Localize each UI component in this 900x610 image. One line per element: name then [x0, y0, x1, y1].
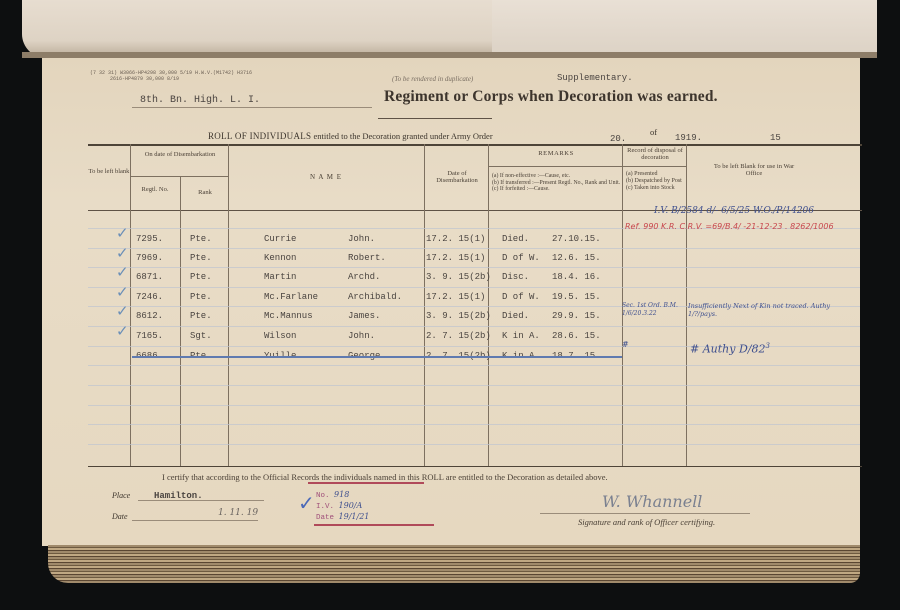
annotation-mcmannus-disposal: Sec. 1st Ord. B.M. 1/6/20.3.22 — [622, 302, 684, 318]
rank: Sgt. — [190, 331, 212, 341]
header-regtl-no: Regtl. No. — [132, 186, 178, 193]
stamp-no-label: No. — [316, 492, 330, 500]
forename: James. — [348, 311, 380, 321]
of-label: of — [650, 127, 657, 137]
disembarked: 3. 9. 15(2b) — [426, 272, 491, 282]
remark: K in A. — [502, 331, 540, 341]
army-order-number: 20. — [610, 134, 626, 144]
page-number: 15 — [770, 133, 781, 143]
rank: Pte. — [190, 234, 212, 244]
header-date-disembarkation: Date of Disembarkation — [426, 170, 488, 184]
registry-stamp: No. 918 I.V. 190/A Date 19/1/21 — [316, 490, 369, 523]
authority-sup: 3 — [765, 342, 769, 350]
check-mark-icon: ✓ — [116, 263, 129, 281]
surname: Martin — [264, 272, 296, 282]
annotation-yuille-wo: # Authy D/823 — [690, 342, 770, 356]
disembarked: 17.2. 15(1) — [426, 234, 485, 244]
header-rank: Rank — [182, 189, 228, 196]
stamp-iv-value: 190/A — [339, 501, 363, 510]
army-order-year: 1919. — [675, 133, 702, 143]
remark-date: 19.5. 15. — [552, 292, 601, 302]
remark-date: 12.6. 15. — [552, 253, 601, 263]
check-mark-icon: ✓ — [298, 491, 315, 515]
check-mark-icon: ✓ — [116, 302, 129, 320]
remark-date: 27.10.15. — [552, 234, 601, 244]
ledger-page: (7 32 31) W3066-HP4298 30,000 5/19 H.W.V… — [42, 58, 860, 546]
disembarked: 17.2. 15(1) — [426, 253, 485, 263]
forename: Archibald. — [348, 292, 402, 302]
signature-caption: Signature and rank of Officer certifying… — [578, 517, 715, 527]
annotation-yuille-disposal: # — [622, 340, 629, 349]
remark: Disc. — [502, 272, 529, 282]
remark-date: 28.6. 15. — [552, 331, 601, 341]
check-mark-icon: ✓ — [116, 224, 129, 242]
disembarked: 2. 7. 15(2b) — [426, 331, 491, 341]
check-mark-icon: ✓ — [116, 283, 129, 301]
surname: Currie — [264, 234, 296, 244]
rank: Pte. — [190, 272, 212, 282]
disposal-c: (c) Taken into Stock — [626, 185, 686, 192]
place-label: Place — [112, 491, 130, 500]
stamp-date-value: 19/1/21 — [339, 512, 370, 521]
remark-date: 29.9. 15. — [552, 311, 601, 321]
check-mark-icon: ✓ — [116, 322, 129, 340]
check-mark-icon: ✓ — [116, 244, 129, 262]
surname: Kennon — [264, 253, 296, 263]
duplicate-note: (To be rendered in duplicate) — [392, 75, 473, 83]
remarks-c: (c) If forfeited :—Cause. — [492, 186, 622, 193]
annotation-mcmannus-wo: Insufficiently Next of Kin not traced. A… — [688, 302, 848, 318]
roll-heading-prefix: ROLL OF INDIVIDUALS — [208, 131, 311, 141]
supplementary-label: Supplementary. — [557, 73, 633, 83]
annotation-blue-top: I.V. B/2584 d/- 6/5/25 W.O./P/14206 — [654, 206, 814, 216]
remark: Died. — [502, 311, 529, 321]
authority-text: # Authy D/82 — [690, 343, 765, 356]
date-label: Date — [112, 512, 128, 521]
regtl-no: 8612. — [136, 311, 163, 321]
header-name: N A M E — [228, 174, 424, 181]
header-war-office: To be left Blank for use in War Office — [706, 163, 802, 177]
forename: Robert. — [348, 253, 386, 263]
strikethrough-line — [132, 356, 622, 358]
date-value: 1. 11. 19 — [218, 508, 258, 518]
remark: D of W. — [502, 253, 540, 263]
table-row: ✓ 7295. Pte. Currie John. 17.2. 15(1) Di… — [42, 230, 860, 248]
page-fold — [492, 0, 877, 52]
header-disposal-options: (a) Presented (b) Despatched by Post (c)… — [626, 171, 686, 192]
facing-page-fold — [22, 0, 877, 58]
rank: Pte. — [190, 311, 212, 321]
officer-signature: W. Whannell — [602, 492, 702, 511]
forename: Archd. — [348, 272, 380, 282]
header-disposal: Record of disposal of decoration — [624, 147, 686, 161]
header-left-blank: To be left blank — [88, 168, 130, 175]
forename: John. — [348, 331, 375, 341]
stamp-iv-label: I.V. — [316, 503, 334, 511]
regtl-no: 7246. — [136, 292, 163, 302]
disembarked: 17.2. 15(1) — [426, 292, 485, 302]
surname: Mc.Farlane — [264, 292, 318, 302]
header-remarks: REMARKS — [490, 150, 622, 157]
disposal-b: (b) Despatched by Post — [626, 178, 686, 185]
certification-text: I certify that according to the Official… — [162, 472, 608, 482]
stamp-date-label: Date — [316, 514, 334, 522]
regtl-no: 6871. — [136, 272, 163, 282]
book-page-edges — [48, 545, 860, 583]
header-remarks-instructions: (a) If non-effective :—Cause, etc. (b) I… — [492, 173, 622, 193]
remark-date: 18.4. 16. — [552, 272, 601, 282]
rank: Pte. — [190, 292, 212, 302]
stamp-no-value: 918 — [334, 490, 349, 499]
forename: John. — [348, 234, 375, 244]
roll-heading-text: entitled to the Decoration granted under… — [314, 131, 493, 141]
document-title: Regiment or Corps when Decoration was ea… — [384, 88, 718, 106]
regtl-no: 7295. — [136, 234, 163, 244]
unit-name: 8th. Bn. High. L. I. — [140, 95, 260, 106]
rank: Pte. — [190, 253, 212, 263]
remark: Died. — [502, 234, 529, 244]
table-row: ✓ 6871. Pte. Martin Archd. 3. 9. 15(2b) … — [42, 269, 860, 287]
form-code-line2: 2616-HP4879 30,000 8/19 — [110, 76, 179, 82]
surname: Mc.Mannus — [264, 311, 313, 321]
roll-heading: ROLL OF INDIVIDUALS entitled to the Deco… — [208, 131, 493, 141]
remarks-a: (a) If non-effective :—Cause, etc. — [492, 173, 622, 180]
disposal-a: (a) Presented — [626, 171, 686, 178]
table-row: ✓ 7969. Pte. Kennon Robert. 17.2. 15(1) … — [42, 250, 860, 268]
header-on-date-group: On date of Disembarkation — [134, 151, 226, 158]
disembarked: 3. 9. 15(2b) — [426, 311, 491, 321]
regtl-no: 7165. — [136, 331, 163, 341]
regtl-no: 7969. — [136, 253, 163, 263]
place-value: Hamilton. — [154, 491, 203, 501]
remark: D of W. — [502, 292, 540, 302]
surname: Wilson — [264, 331, 296, 341]
